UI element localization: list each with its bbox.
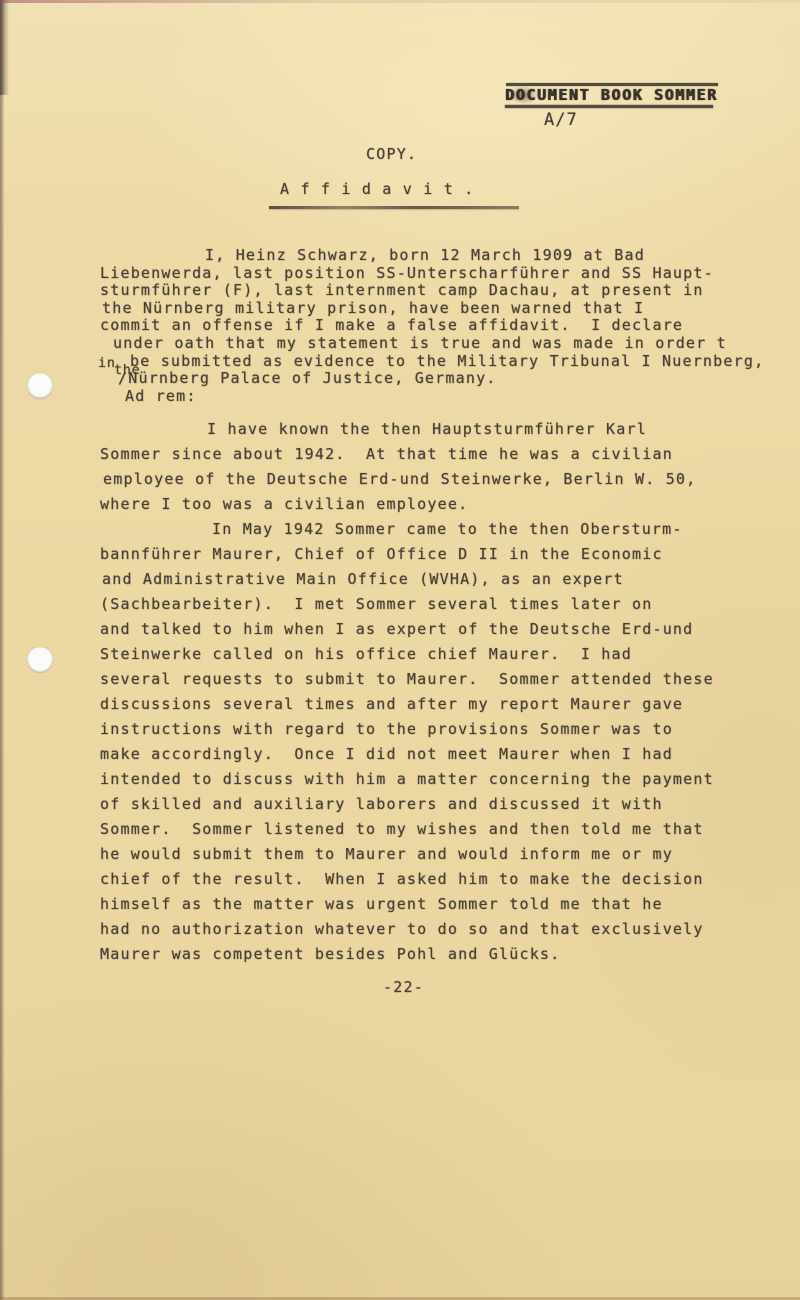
text-line: I, Heinz Schwarz, born 12 March 1909 at … [205,246,645,264]
text-line: he would submit them to Maurer and would… [100,845,673,863]
copy-label: COPY. [366,145,417,163]
margin-insertion-word: in [98,355,115,371]
text-line: Liebenwerda, last position SS-Unterschar… [100,264,714,282]
text-line: where I too was a civilian employee. [100,495,468,513]
text-line: several requests to submit to Maurer. So… [100,670,714,688]
stamp-ink-smudge [508,86,538,104]
text-line: In May 1942 Sommer came to the then Ober… [212,520,683,538]
scan-edge-top [0,0,800,3]
text-line: Steinwerke called on his office chief Ma… [100,645,632,663]
text-line: Sommer. Sommer listened to my wishes and… [100,820,704,838]
stamp-rule-bottom [505,105,713,108]
document-reference: A/7 [544,110,578,130]
text-line: bannführer Maurer, Chief of Office D II … [100,545,663,563]
scan-edge-left-top [0,0,9,95]
text-line: sturmführer (F), last internment camp Da… [100,281,704,299]
text-line: Sommer since about 1942. At that time he… [100,445,673,463]
text-line: instructions with regard to the provisio… [100,720,673,738]
text-line: make accordingly. Once I did not meet Ma… [100,745,673,763]
text-line: (Sachbearbeiter). I met Sommer several t… [100,595,652,613]
text-line: employee of the Deutsche Erd-und Steinwe… [103,470,696,488]
page-number: -22- [383,978,424,996]
text-line: be submitted as evidence to the Military… [130,352,764,370]
text-line: intended to discuss with him a matter co… [100,770,714,788]
scan-edge-left [0,0,4,1300]
margin-insertion-word: the [114,362,140,378]
text-line: I have known the then Hauptsturmführer K… [207,420,647,438]
punch-hole-bottom [27,647,53,673]
text-line: and Administrative Main Office (WVHA), a… [102,570,624,588]
text-line: commit an offense if I make a false affi… [100,316,683,334]
text-line: discussions several times and after my r… [100,695,683,713]
text-line: under oath that my statement is true and… [113,334,727,352]
text-line: Maurer was competent besides Pohl and Gl… [100,945,560,963]
text-line: Ad rem: [125,387,197,405]
punch-hole-top [27,373,53,399]
text-line: and talked to him when I as expert of th… [100,620,693,638]
text-line: /Nürnberg Palace of Justice, Germany. [118,369,497,387]
text-line: of skilled and auxiliary laborers and di… [100,795,663,813]
affidavit-scanned-page: DOCUMENT BOOK SOMMER A/7 COPY. A f f i d… [0,0,800,1300]
text-line: chief of the result. When I asked him to… [100,870,704,888]
text-line: himself as the matter was urgent Sommer … [100,895,663,913]
text-line: the Nürnberg military prison, have been … [102,299,644,317]
title-underline [269,206,519,209]
text-line: had no authorization whatever to do so a… [100,920,704,938]
affidavit-title: A f f i d a v i t . [280,180,474,198]
